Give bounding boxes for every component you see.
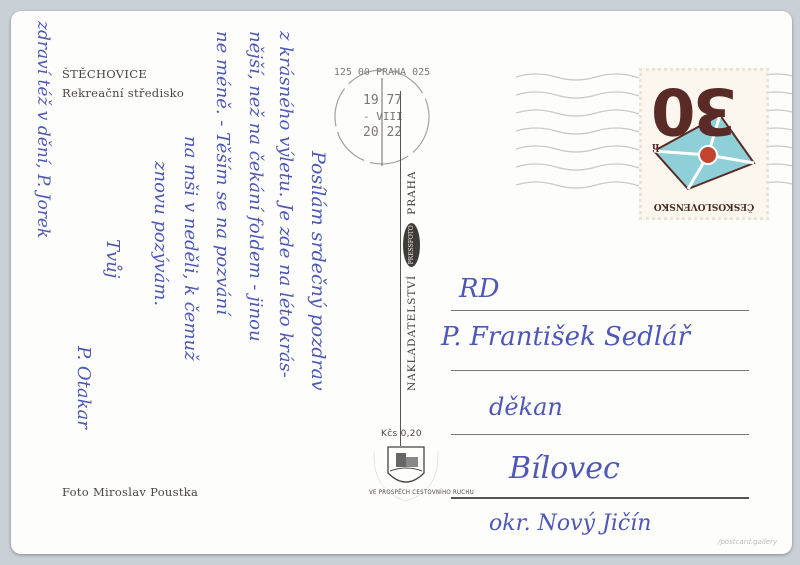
- signature: P. Otakar: [73, 346, 94, 429]
- address-line: P. František Sedlář: [441, 322, 690, 352]
- place-subtitle: Rekreační středisko: [62, 86, 184, 100]
- publisher-city: PRAHA: [406, 171, 418, 215]
- address-rule: [451, 434, 749, 435]
- message-line: z krásného výletu. Je zde na léto krás-: [275, 31, 296, 378]
- message-line: ne méně. - Těším se na pozvání: [212, 31, 233, 315]
- stamp-country: ČESKOSLOVENSKO: [642, 201, 766, 211]
- emblem-ring-text: VE PROSPĚCH CESTOVNÍHO RUCHU: [369, 489, 474, 496]
- publisher-name: NAKLADATELSTVÍ: [406, 275, 418, 391]
- message-line: znovu pozývám.: [150, 161, 171, 306]
- address-line: okr. Nový Jičín: [489, 511, 651, 536]
- postmark-year: 19 77: [363, 93, 402, 108]
- address-line: RD: [459, 274, 499, 304]
- address-rule: [451, 310, 749, 311]
- message-line: Tvůj: [102, 239, 123, 278]
- center-divider: [400, 91, 401, 446]
- emblem-price: Kčs 0,20: [381, 429, 422, 439]
- postmark-time: 20 22: [363, 125, 402, 140]
- address-rule: [451, 370, 749, 371]
- stamp-denomination: 30: [654, 73, 737, 147]
- pressfoto-logo: PRESSFOTO: [403, 223, 420, 267]
- publisher-line: NAKLADATELSTVÍ PRESSFOTO PRAHA: [403, 171, 420, 391]
- postage-stamp: 30 h ČESKOSLOVENSKO: [639, 68, 769, 220]
- message-line: Posílám srdečný pozdrav: [307, 151, 329, 391]
- message-line: nější, než na čekání foldem - jinou: [245, 31, 266, 342]
- address-rule: [451, 497, 749, 499]
- place-title: ŠTĚCHOVICE: [62, 67, 147, 81]
- stamp-currency: h: [652, 141, 659, 152]
- message-line: zdraví též v dění, P. Jorek: [33, 21, 53, 238]
- postcard-back: ŠTĚCHOVICE Rekreační středisko Foto Miro…: [11, 11, 792, 554]
- postmark-ring-text: 125 00 PRAHA 025: [333, 67, 431, 78]
- address-line: Bílovec: [509, 451, 620, 486]
- postmark-date: - VIII: [363, 110, 403, 123]
- photo-credit: Foto Miroslav Poustka: [62, 485, 198, 499]
- address-line: děkan: [489, 393, 563, 421]
- watermark: /postcard.gallery: [718, 538, 777, 546]
- message-line: na mši v neděli, k čemuž: [180, 136, 201, 361]
